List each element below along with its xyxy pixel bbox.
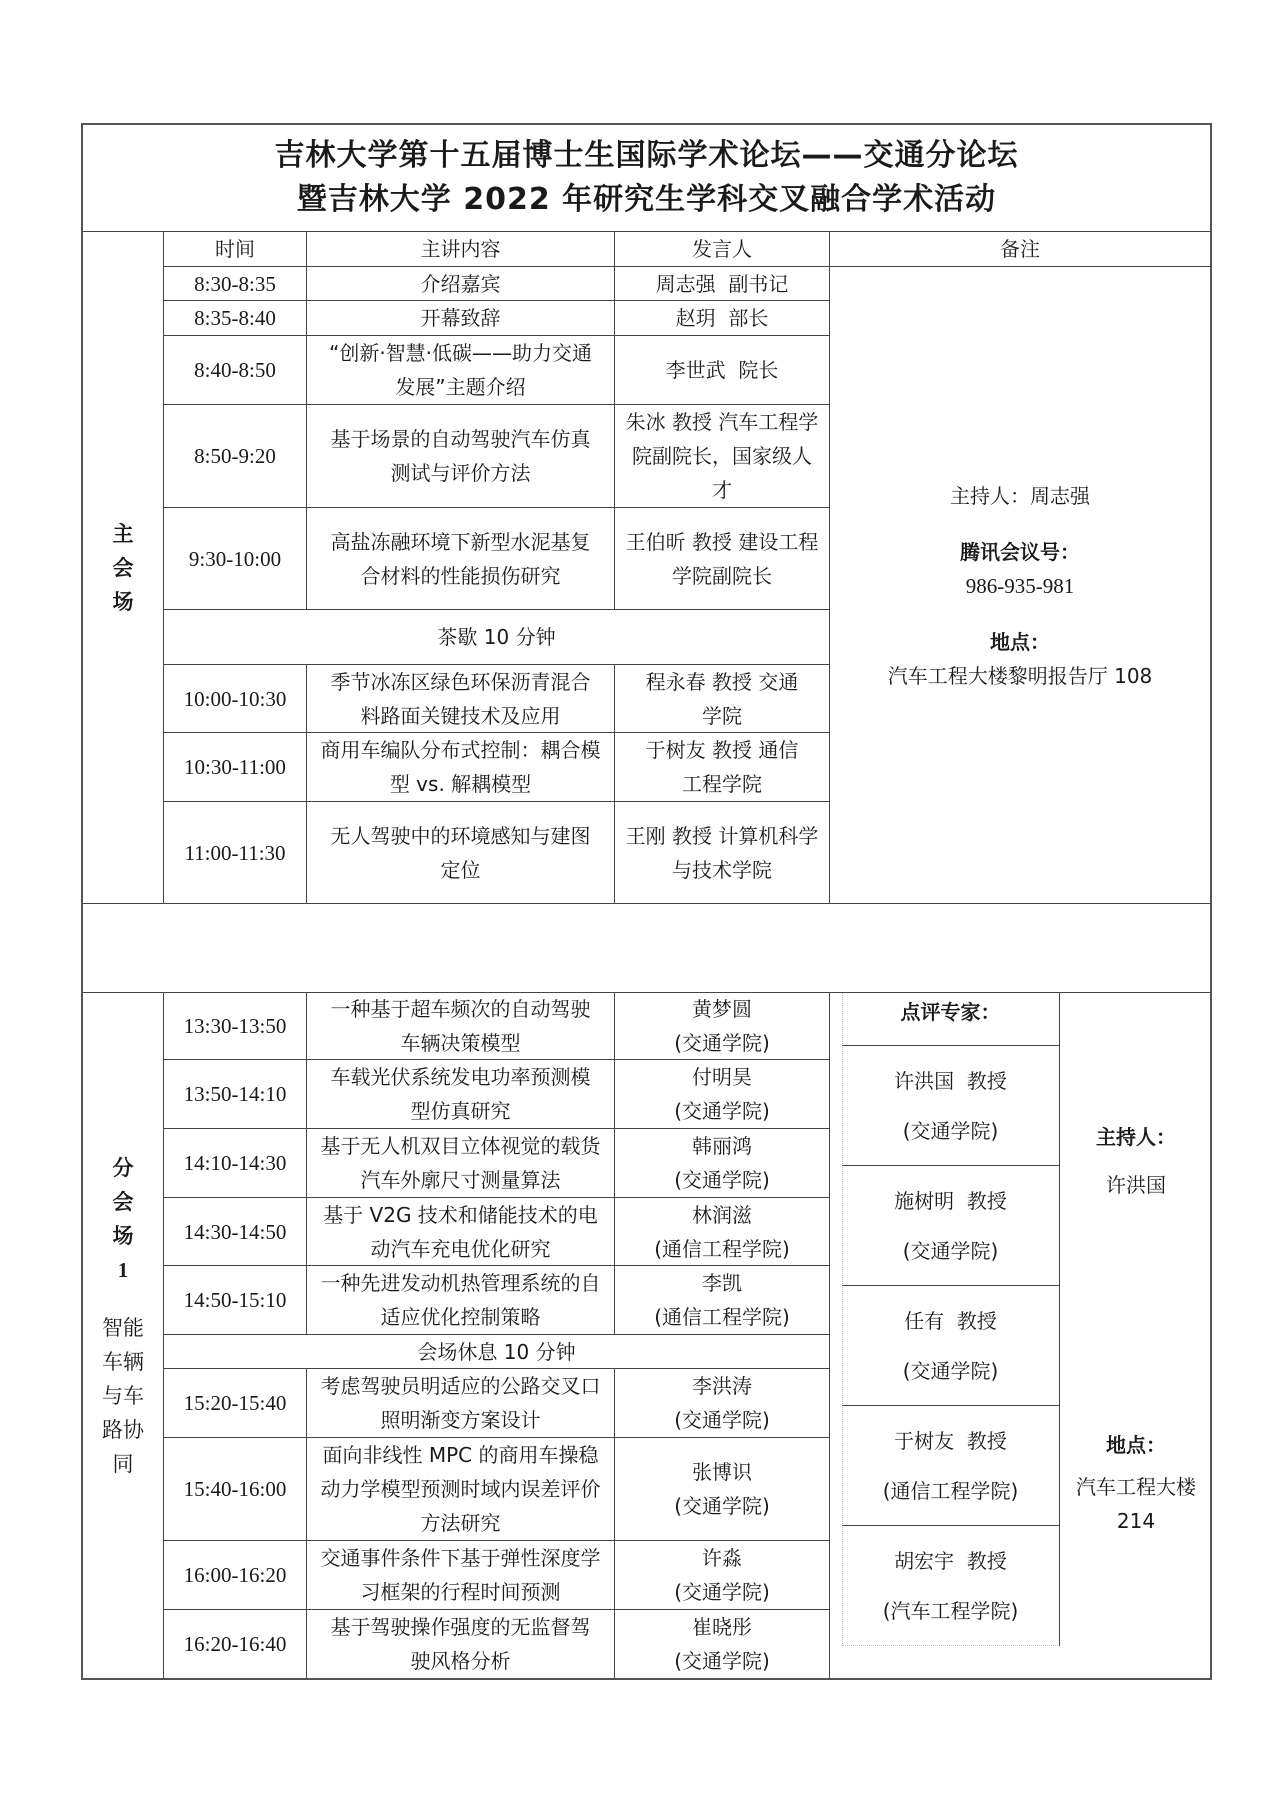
reviewer-item: 施树明 教授 (交通学院)	[842, 1166, 1060, 1286]
main-location: 汽车工程大楼黎明报告厅 108	[888, 659, 1153, 693]
main-row-speaker: 王刚 教授 计算机科学与技术学院	[615, 802, 830, 904]
main-row-speaker: 朱冰 教授 汽车工程学院副院长，国家级人才	[615, 405, 830, 508]
sub-host-block: 主持人： 许洪国	[1062, 1120, 1210, 1210]
speaker-name: 付明昊	[692, 1060, 752, 1094]
sub-row-speaker: 林润滋 (通信工程学院)	[615, 1198, 830, 1266]
reviewer-affiliation: (交通学院)	[903, 1226, 999, 1276]
header-time: 时间	[164, 232, 307, 267]
main-row-speaker: 于树友 教授 通信工程学院	[615, 733, 830, 802]
sub-row-content: 一种基于超车频次的自动驾驶车辆决策模型	[307, 993, 615, 1060]
main-row-time: 10:30-11:00	[164, 733, 307, 802]
reviewer-name: 于树友 教授	[894, 1416, 1007, 1466]
title-block: 吉林大学第十五届博士生国际学术论坛——交通分论坛 暨吉林大学 2022 年研究生…	[83, 125, 1210, 232]
main-row-time: 8:30-8:35	[164, 267, 307, 301]
sub-row-speaker: 李凯 (通信工程学院)	[615, 1266, 830, 1335]
sub-topic-line: 与车	[102, 1379, 144, 1413]
main-session-char: 场	[113, 585, 134, 619]
sub-row-time: 13:30-13:50	[164, 993, 307, 1060]
sub-session-char: 场	[113, 1219, 134, 1253]
sub-row-speaker: 付明昊 (交通学院)	[615, 1060, 830, 1129]
speaker-name: 李凯	[702, 1266, 742, 1300]
sub-row-content: 基于 V2G 技术和储能技术的电动汽车充电优化研究	[307, 1198, 615, 1266]
sub-row-content: 一种先进发动机热管理系统的自适应优化控制策略	[307, 1266, 615, 1335]
sub-row-content: 面向非线性 MPC 的商用车操稳动力学模型预测时域内误差评价方法研究	[307, 1438, 615, 1541]
reviewer-item: 许洪国 教授 (交通学院)	[842, 1046, 1060, 1166]
title-line-2: 暨吉林大学 2022 年研究生学科交叉融合学术活动	[297, 178, 996, 222]
main-notes-cell: 主持人：周志强 腾讯会议号： 986-935-981 地点： 汽车工程大楼黎明报…	[830, 267, 1210, 904]
sub-row-content: 交通事件条件下基于弹性深度学习框架的行程时间预测	[307, 1541, 615, 1610]
sub-row-speaker: 黄梦圆 (交通学院)	[615, 993, 830, 1060]
speaker-affiliation: (交通学院)	[674, 1094, 770, 1128]
main-row-time: 11:00-11:30	[164, 802, 307, 904]
main-row-content: 高盐冻融环境下新型水泥基复合材料的性能损伤研究	[307, 508, 615, 610]
sub-row-speaker: 许淼 (交通学院)	[615, 1541, 830, 1610]
speaker-affiliation: (通信工程学院)	[654, 1232, 790, 1266]
reviewer-name: 许洪国 教授	[894, 1056, 1007, 1106]
reviewer-affiliation: (交通学院)	[903, 1346, 999, 1396]
sub-host-name: 许洪国	[1062, 1168, 1210, 1202]
main-row-time: 8:50-9:20	[164, 405, 307, 508]
main-row-content: 基于场景的自动驾驶汽车仿真测试与评价方法	[307, 405, 615, 508]
speaker-name: 林润滋	[692, 1198, 752, 1232]
speaker-name: 崔晓彤	[692, 1610, 752, 1644]
speaker-name: 李洪涛	[692, 1369, 752, 1403]
sub-session-char: 分	[113, 1151, 134, 1185]
reviewer-affiliation: (交通学院)	[903, 1106, 999, 1156]
sub-session-char: 会	[113, 1185, 134, 1219]
main-row-speaker: 周志强 副书记	[615, 267, 830, 301]
reviewer-item: 任有 教授 (交通学院)	[842, 1286, 1060, 1406]
main-row-speaker: 赵玥 部长	[615, 301, 830, 336]
header-speaker: 发言人	[615, 232, 830, 267]
tea-break-row: 茶歇 10 分钟	[164, 610, 830, 665]
main-row-content: 介绍嘉宾	[307, 267, 615, 301]
sub-row-time: 13:50-14:10	[164, 1060, 307, 1129]
sub-row-content: 考虑驾驶员明适应的公路交叉口照明渐变方案设计	[307, 1369, 615, 1438]
sub-topic-line: 同	[113, 1447, 134, 1481]
title-line-1: 吉林大学第十五届博士生国际学术论坛——交通分论坛	[275, 134, 1019, 178]
reviewer-item: 胡宏宇 教授 (汽车工程学院)	[842, 1526, 1060, 1646]
main-session-char: 会	[113, 551, 134, 585]
reviewer-name: 任有 教授	[904, 1296, 997, 1346]
main-row-time: 8:35-8:40	[164, 301, 307, 336]
speaker-affiliation: (交通学院)	[674, 1644, 770, 1678]
session-break-row: 会场休息 10 分钟	[164, 1335, 830, 1369]
reviewer-name: 施树明 教授	[894, 1176, 1007, 1226]
sub-row-time: 15:20-15:40	[164, 1369, 307, 1438]
main-row-content: 季节冰冻区绿色环保沥青混合料路面关键技术及应用	[307, 665, 615, 733]
sub-row-speaker: 李洪涛 (交通学院)	[615, 1369, 830, 1438]
main-row-speaker: 李世武 院长	[615, 336, 830, 405]
meeting-id-label: 腾讯会议号：	[960, 535, 1080, 569]
speaker-name: 张博识	[692, 1455, 752, 1489]
sub-session-char: 1	[118, 1253, 129, 1287]
main-host: 主持人：周志强	[950, 479, 1090, 513]
sub-row-time: 14:30-14:50	[164, 1198, 307, 1266]
sub-row-time: 14:10-14:30	[164, 1129, 307, 1198]
main-session-label: 主 会 场	[83, 232, 164, 904]
reviewers-label: 点评专家：	[842, 993, 1060, 1046]
speaker-affiliation: (交通学院)	[674, 1575, 770, 1609]
reviewer-item: 于树友 教授 (通信工程学院)	[842, 1406, 1060, 1526]
sub-topic-line: 智能	[102, 1311, 144, 1345]
speaker-affiliation: (交通学院)	[674, 1026, 770, 1060]
sub-host-label: 主持人：	[1062, 1120, 1210, 1154]
sub-row-speaker: 张博识 (交通学院)	[615, 1438, 830, 1541]
sub-row-content: 基于无人机双目立体视觉的载货汽车外廓尺寸测量算法	[307, 1129, 615, 1198]
sub-topic-line: 路协	[102, 1413, 144, 1447]
main-row-speaker: 王伯昕 教授 建设工程学院副院长	[615, 508, 830, 610]
sub-row-content: 车载光伏系统发电功率预测模型仿真研究	[307, 1060, 615, 1129]
main-row-content: “创新·智慧·低碳——助力交通发展”主题介绍	[307, 336, 615, 405]
main-location-label: 地点：	[990, 625, 1050, 659]
sub-location-label: 地点：	[1062, 1428, 1210, 1462]
sub-row-time: 14:50-15:10	[164, 1266, 307, 1335]
main-row-time: 8:40-8:50	[164, 336, 307, 405]
header-content: 主讲内容	[307, 232, 615, 267]
meeting-id: 986-935-981	[966, 569, 1075, 603]
reviewer-affiliation: (汽车工程学院)	[883, 1586, 1019, 1636]
sub-topic-line: 车辆	[102, 1345, 144, 1379]
sub-row-time: 16:00-16:20	[164, 1541, 307, 1610]
main-row-content: 商用车编队分布式控制：耦合模型 vs. 解耦模型	[307, 733, 615, 802]
speaker-affiliation: (交通学院)	[674, 1489, 770, 1523]
main-row-content: 开幕致辞	[307, 301, 615, 336]
reviewer-affiliation: (通信工程学院)	[883, 1466, 1019, 1516]
sub-row-speaker: 韩丽鸿 (交通学院)	[615, 1129, 830, 1198]
main-session-char: 主	[113, 517, 134, 551]
header-notes: 备注	[830, 232, 1210, 267]
speaker-affiliation: (交通学院)	[674, 1403, 770, 1437]
reviewer-name: 胡宏宇 教授	[894, 1536, 1007, 1586]
main-row-time: 10:00-10:30	[164, 665, 307, 733]
sub-row-time: 16:20-16:40	[164, 1610, 307, 1678]
speaker-name: 韩丽鸿	[692, 1129, 752, 1163]
lunch-gap-row	[83, 904, 1210, 993]
speaker-affiliation: (通信工程学院)	[654, 1300, 790, 1334]
speaker-name: 许淼	[702, 1541, 742, 1575]
main-row-speaker: 程永春 教授 交通学院	[615, 665, 830, 733]
sub-row-speaker: 崔晓彤 (交通学院)	[615, 1610, 830, 1678]
sub-session-label: 分 会 场 1 智能 车辆 与车 路协 同	[83, 993, 164, 1678]
speaker-affiliation: (交通学院)	[674, 1163, 770, 1197]
main-row-content: 无人驾驶中的环境感知与建图定位	[307, 802, 615, 904]
main-row-time: 9:30-10:00	[164, 508, 307, 610]
sub-location: 汽车工程大楼 214	[1062, 1470, 1210, 1538]
sub-row-time: 15:40-16:00	[164, 1438, 307, 1541]
speaker-name: 黄梦圆	[692, 992, 752, 1026]
sub-location-block: 地点： 汽车工程大楼 214	[1062, 1428, 1210, 1548]
sub-row-content: 基于驾驶操作强度的无监督驾驶风格分析	[307, 1610, 615, 1678]
